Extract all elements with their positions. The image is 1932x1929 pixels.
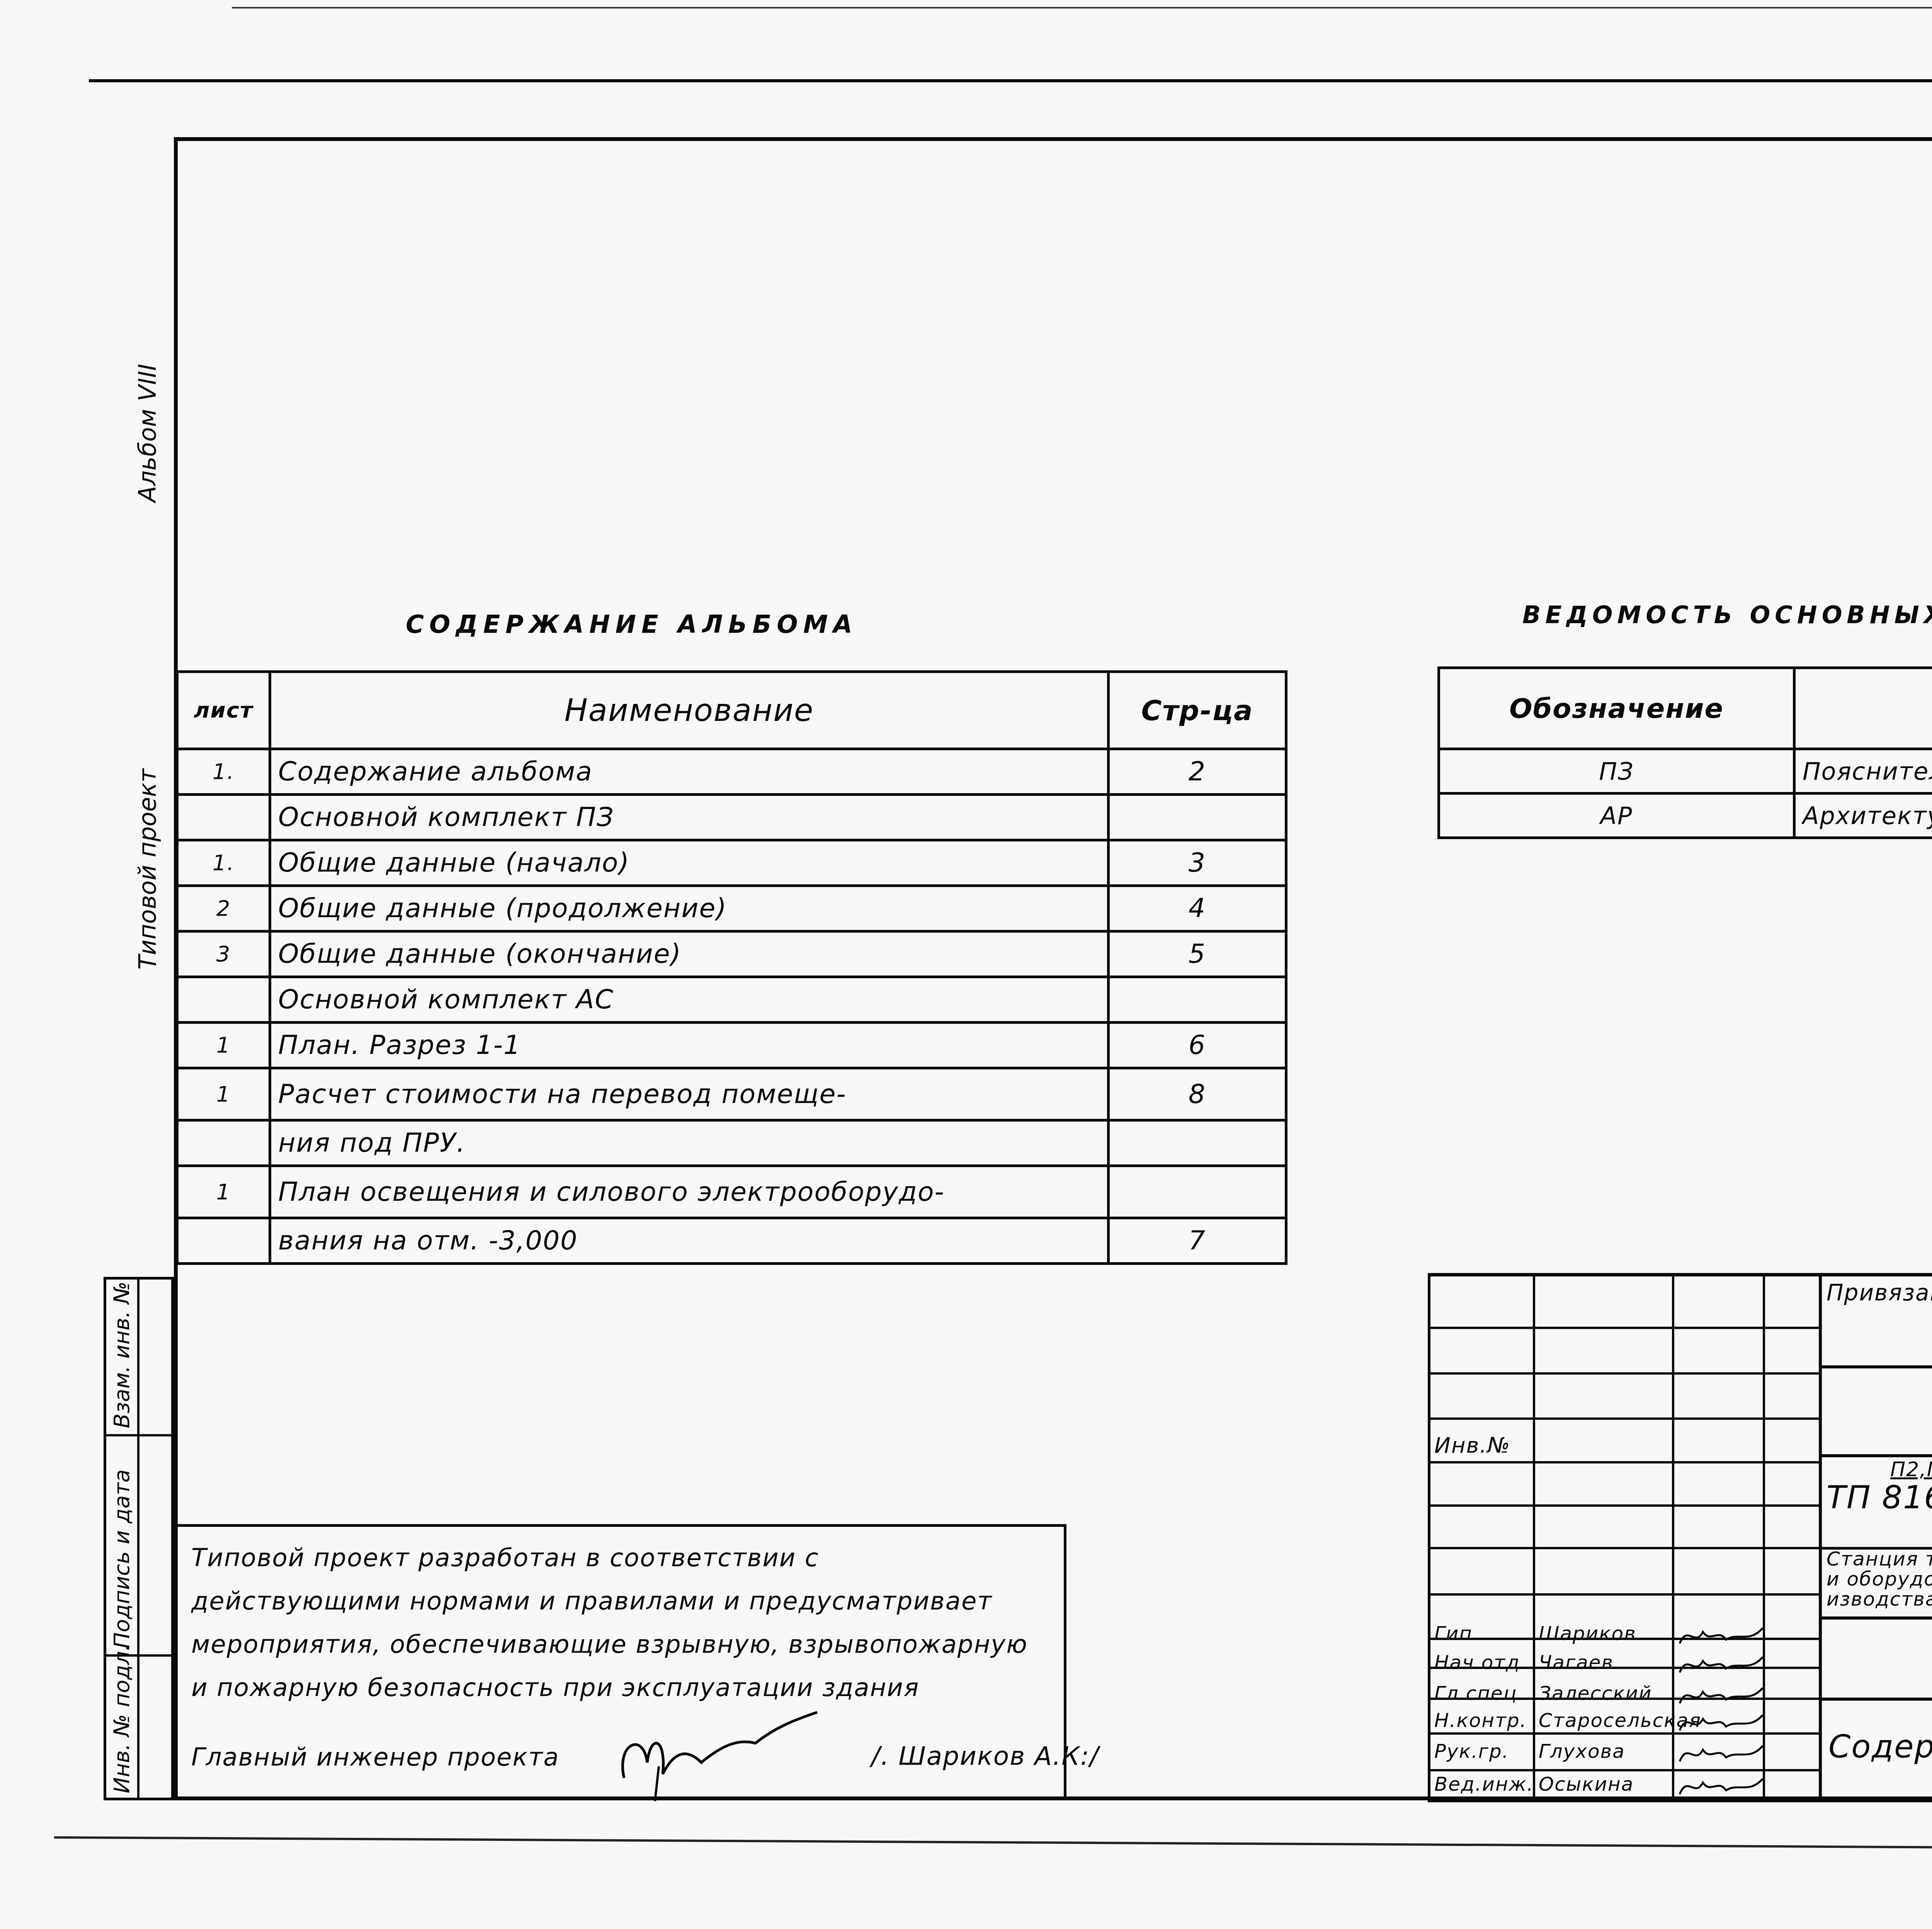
- contents-table: лист Наименование Стр-ца 1.Содержание ал…: [176, 670, 1287, 1265]
- row-sheet: 1: [177, 1068, 270, 1120]
- row-page: 6: [1109, 1023, 1286, 1068]
- table-row: 1План освещения и силового электрооборуд…: [177, 1166, 1286, 1218]
- staff-signature: [1676, 1707, 1769, 1738]
- inv-label: Инв.№: [1434, 1433, 1511, 1458]
- row-sheet: [177, 1218, 270, 1264]
- header-set-name: Наименование: [1794, 668, 1932, 749]
- row-sheet: 1.: [177, 749, 270, 795]
- staff-signature: [1676, 1680, 1769, 1711]
- staff-role: Гл.спец.: [1434, 1682, 1524, 1705]
- project-description-line: изводства с объемом работ 350 тыс.руб. в…: [1827, 1589, 1932, 1609]
- project-code-top: П2,П4-90: [1890, 1458, 1932, 1481]
- row-page: [1109, 795, 1286, 840]
- header-sheet: лист: [177, 672, 270, 749]
- side-album-label: Альбом VIII: [133, 364, 162, 503]
- stamp-signature-date: Подпись и дата: [109, 1469, 134, 1649]
- staff-role: Гип: [1434, 1622, 1473, 1645]
- side-project-label: Типовой проект: [133, 768, 162, 970]
- left-stamp: Взам. инв. № Подпись и дата Инв. № подл.: [104, 1277, 174, 1800]
- row-name: Общие данные (начало): [270, 840, 1109, 886]
- staff-name: Залесский: [1539, 1682, 1652, 1705]
- table-row: 1.Содержание альбома2: [177, 749, 1286, 795]
- table-row: ния под ПРУ.: [177, 1120, 1286, 1166]
- row-page: 7: [1109, 1218, 1286, 1264]
- table-row: АРАрхитектурные решения6,7,8: [1439, 794, 1932, 838]
- chief-engineer-signature: [609, 1697, 825, 1805]
- stamp-replace-inv: Взам. инв. №: [109, 1281, 134, 1428]
- row-page: 3: [1109, 840, 1286, 886]
- staff-name: Чагаев: [1539, 1651, 1614, 1674]
- row-page: 2: [1109, 749, 1286, 795]
- row-code: АР: [1439, 794, 1794, 838]
- table-row: 1План. Разрез 1-16: [177, 1023, 1286, 1068]
- sets-title: ВЕДОМОСТЬ ОСНОВНЫХ КОМПЛЕКТОВ РАБОЧИХ ЧЕ…: [1522, 601, 1932, 629]
- staff-signature: [1676, 1620, 1769, 1651]
- row-name: Общие данные (продолжение): [270, 886, 1109, 931]
- sets-header-row: Обозначение Наименование Примечание: [1439, 668, 1932, 749]
- row-name: План освещения и силового электрооборудо…: [270, 1166, 1109, 1218]
- title-block-bottom: [1428, 1798, 1932, 1802]
- row-sheet: [177, 977, 270, 1023]
- row-set-name: Пояснительная записка: [1794, 749, 1932, 794]
- row-name: Общие данные (окончание): [270, 931, 1109, 977]
- table-row: 1.Общие данные (начало)3: [177, 840, 1286, 886]
- note-line: мероприятия, обеспечивающие взрывную, вз…: [191, 1623, 1028, 1666]
- staff-signature: [1676, 1738, 1769, 1769]
- table-row: 1Расчет стоимости на перевод помеще-8: [177, 1068, 1286, 1120]
- header-code: Обозначение: [1439, 668, 1794, 749]
- row-name: Расчет стоимости на перевод помеще-: [270, 1068, 1109, 1120]
- header-name: Наименование: [270, 672, 1109, 749]
- contents-title: СОДЕРЖАНИЕ АЛЬБОМА: [406, 610, 858, 639]
- staff-role: Рук.гр.: [1434, 1740, 1509, 1762]
- row-name: Основной комплект АС: [270, 977, 1109, 1023]
- row-name: Основной комплект ПЗ: [270, 795, 1109, 840]
- project-description-line: Станция технического обслуживания машин: [1827, 1549, 1932, 1569]
- sets-table: Обозначение Наименование Примечание ПЗПо…: [1437, 666, 1932, 839]
- table-row: ПЗПояснительная записка3-5: [1439, 749, 1932, 794]
- project-description-line: и оборудования для животноводства и корм…: [1827, 1569, 1932, 1589]
- table-row: 2Общие данные (продолжение)4: [177, 886, 1286, 931]
- staff-role: Нач.отд.: [1434, 1651, 1527, 1674]
- staff-name: Шариков: [1539, 1622, 1636, 1645]
- bound-label: Привязан: [1827, 1280, 1932, 1306]
- row-sheet: [177, 795, 270, 840]
- row-page: 8: [1109, 1068, 1286, 1120]
- row-name: ния под ПРУ.: [270, 1120, 1109, 1166]
- row-sheet: 1: [177, 1023, 270, 1068]
- staff-signature: [1676, 1771, 1769, 1802]
- chief-engineer-name: /. Шариков А.К:/: [871, 1741, 1099, 1771]
- row-sheet: 1: [177, 1166, 270, 1218]
- sheet-title: Содержание альбома: [1828, 1728, 1932, 1765]
- row-sheet: 3: [177, 931, 270, 977]
- row-sheet: [177, 1120, 270, 1166]
- row-code: ПЗ: [1439, 749, 1794, 794]
- stamp-inv-original: Инв. № подл.: [109, 1644, 134, 1793]
- chief-engineer-label: Главный инженер проекта: [191, 1743, 560, 1772]
- table-row: Основной комплект АС: [177, 977, 1286, 1023]
- contents-header-row: лист Наименование Стр-ца: [177, 672, 1286, 749]
- header-page: Стр-ца: [1109, 672, 1286, 749]
- row-page: 4: [1109, 886, 1286, 931]
- row-name: План. Разрез 1-1: [270, 1023, 1109, 1068]
- note-line: Типовой проект разработан в соответствии…: [191, 1536, 1028, 1580]
- row-sheet: 2: [177, 886, 270, 931]
- staff-role: Вед.инж.: [1434, 1773, 1534, 1795]
- row-page: [1109, 1120, 1286, 1166]
- note-block: Типовой проект разработан в соответствии…: [176, 1524, 1066, 1800]
- table-row: 3Общие данные (окончание)5: [177, 931, 1286, 977]
- row-page: [1109, 1166, 1286, 1218]
- staff-role: Н.контр.: [1434, 1709, 1527, 1732]
- table-row: Основной комплект ПЗ: [177, 795, 1286, 840]
- note-line: действующими нормами и правилами и преду…: [191, 1580, 1028, 1623]
- row-set-name: Архитектурные решения: [1794, 794, 1932, 838]
- staff-name: Осыкина: [1539, 1773, 1634, 1795]
- staff-name: Глухова: [1539, 1740, 1625, 1762]
- staff-signature: [1676, 1649, 1769, 1680]
- scan-edge-bottom: [54, 1836, 1932, 1852]
- table-row: вания на отм. -3,0007: [177, 1218, 1286, 1264]
- project-code: ТП 816-1-83.86: [1827, 1479, 1932, 1516]
- row-page: [1109, 977, 1286, 1023]
- title-block: Инв.№ Привязан П2,П4-90 ТП 816-1-83.86 С…: [1428, 1273, 1932, 1800]
- scan-edge-top: [89, 79, 1932, 82]
- scan-edge-top-thin: [232, 7, 1932, 8]
- row-page: 5: [1109, 931, 1286, 977]
- row-sheet: 1.: [177, 840, 270, 886]
- row-name: вания на отм. -3,000: [270, 1218, 1109, 1264]
- row-name: Содержание альбома: [270, 749, 1109, 795]
